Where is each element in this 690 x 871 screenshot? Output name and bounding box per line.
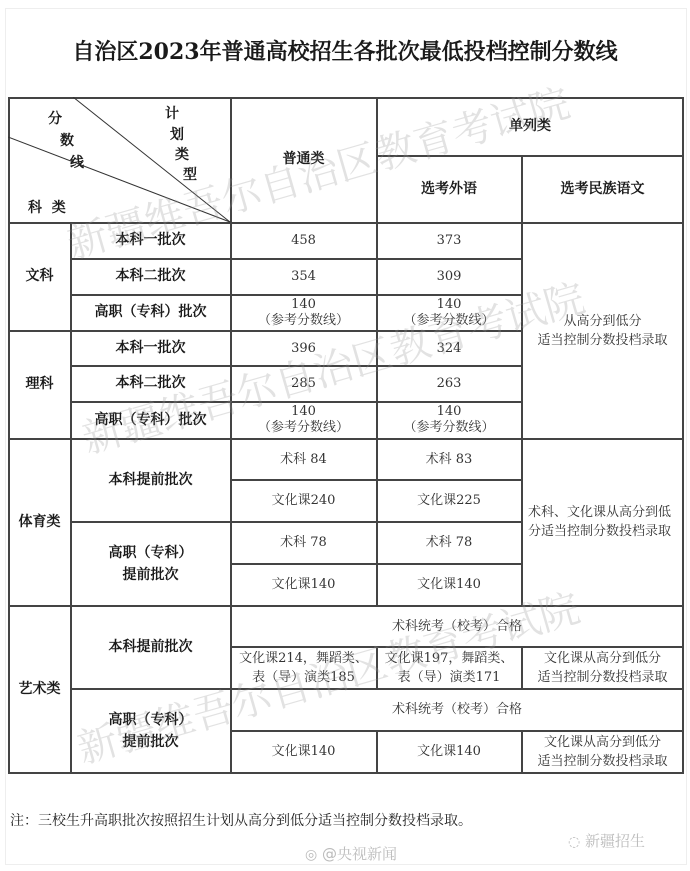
wechat-credit: ◌ 新疆招生 — [568, 830, 645, 851]
score-cell: 文化课140 — [377, 731, 521, 772]
batch-text: 本科二批次 — [116, 267, 186, 286]
score-cell: 文化课225 — [377, 480, 521, 521]
skill-pass-cell: 术科统考（校考）合格 — [231, 689, 683, 730]
score-cell: 文化课197，舞蹈类、 表（导）演类171 — [377, 647, 521, 688]
score-cell: 文化课140 — [377, 564, 521, 605]
note-line: 适当控制分数投档录取 — [537, 668, 667, 687]
score-value: 文化课140 — [272, 742, 336, 761]
note-line: 文化课从高分到低分 — [544, 733, 661, 752]
section-sports: 体育类 — [9, 439, 70, 605]
section-label: 体育类 — [19, 513, 61, 532]
weibo-handle: @央视新闻 — [322, 845, 397, 863]
score-value: 263 — [437, 374, 462, 393]
batch-text: 高职（专科） — [109, 542, 193, 564]
note-line: 从高分到低分 — [563, 312, 641, 331]
score-value: 285 — [291, 374, 316, 393]
score-cell: 458 — [231, 223, 376, 258]
skill-pass-text: 术科统考（校考）合格 — [392, 700, 522, 719]
skill-pass-cell: 术科统考（校考）合格 — [231, 606, 683, 646]
score-value: 140 — [437, 404, 462, 420]
weibo-credit: ◎ @央视新闻 — [305, 843, 397, 864]
batch-text: 本科二批次 — [116, 374, 186, 393]
corner-label-plan: 计 — [165, 103, 179, 123]
score-value: 140 — [437, 297, 462, 313]
score-value: 324 — [437, 339, 462, 358]
batch-label: 本科二批次 — [71, 366, 230, 401]
score-cell: 324 — [377, 331, 521, 365]
section-arts: 艺术类 — [9, 606, 70, 772]
col-header-foreign: 选考外语 — [377, 156, 521, 222]
score-value: 文化课140 — [272, 575, 336, 594]
batch-text: 本科一批次 — [116, 339, 186, 358]
wechat-icon: ◌ — [568, 834, 580, 850]
batch-label: 高职（专科） 提前批次 — [71, 689, 230, 772]
section-label: 艺术类 — [19, 680, 61, 699]
score-value: 术科 84 — [280, 450, 327, 469]
score-value: 140 — [291, 404, 316, 420]
section-like: 理科 — [9, 331, 70, 438]
score-line: 表（导）演类185 — [252, 668, 355, 687]
table-border-bottom — [8, 772, 684, 774]
ethnic-admission-note: 文化课从高分到低分 适当控制分数投档录取 — [522, 647, 683, 688]
col-header-ethnic: 选考民族语文 — [522, 156, 683, 222]
score-value: 373 — [437, 231, 462, 250]
score-value: 文化课225 — [417, 491, 481, 510]
col-header-single-label: 单列类 — [509, 117, 551, 136]
score-cell: 285 — [231, 366, 376, 401]
weibo-icon: ◎ — [305, 847, 317, 863]
batch-label: 本科提前批次 — [71, 439, 230, 521]
batch-text: 高职（专科） — [109, 709, 193, 731]
score-value: 文化课140 — [417, 575, 481, 594]
batch-label: 本科提前批次 — [71, 606, 230, 688]
score-value: 396 — [291, 339, 316, 358]
corner-label-score: 数 — [60, 130, 74, 150]
section-label: 文科 — [26, 267, 54, 286]
score-value: 术科 83 — [426, 450, 473, 469]
wechat-account: 新疆招生 — [585, 832, 645, 850]
batch-text: 本科提前批次 — [109, 638, 193, 657]
col-header-foreign-label: 选考外语 — [421, 180, 477, 199]
corner-label-score: 分 — [48, 108, 62, 128]
score-value: 309 — [437, 267, 462, 286]
note-line: 适当控制分数投档录取 — [537, 752, 667, 771]
score-cell: 文化课140 — [231, 731, 376, 772]
corner-label-plan: 型 — [183, 164, 197, 184]
score-cell: 术科 78 — [231, 522, 376, 563]
corner-label-subject: 科 类 — [28, 197, 66, 217]
corner-label-score: 线 — [70, 152, 84, 172]
score-cell: 373 — [377, 223, 521, 258]
score-cell: 396 — [231, 331, 376, 365]
score-note: （参考分数线） — [403, 420, 494, 436]
score-cell: 文化课140 — [231, 564, 376, 605]
batch-label: 本科一批次 — [71, 331, 230, 365]
ethnic-admission-note: 术科、文化课从高分到低 分适当控制分数投档录取 — [522, 439, 683, 605]
score-value: 术科 78 — [280, 533, 327, 552]
score-cell: 140 （参考分数线） — [377, 402, 521, 438]
col-header-single: 单列类 — [377, 97, 683, 155]
batch-label: 高职（专科） 提前批次 — [71, 522, 230, 605]
batch-text: 提前批次 — [123, 564, 179, 586]
score-cell: 140 （参考分数线） — [377, 295, 521, 330]
batch-label: 高职（专科）批次 — [71, 402, 230, 438]
score-cell: 文化课214，舞蹈类、 表（导）演类185 — [231, 647, 376, 688]
score-cell: 术科 78 — [377, 522, 521, 563]
batch-label: 高职（专科）批次 — [71, 295, 230, 330]
score-value: 458 — [291, 231, 316, 250]
score-note: （参考分数线） — [258, 313, 349, 329]
score-value: 术科 78 — [426, 533, 473, 552]
page-title: 自治区2023年普通高校招生各批次最低投档控制分数线 — [0, 35, 690, 66]
score-cell: 文化课240 — [231, 480, 376, 521]
score-cell: 术科 83 — [377, 439, 521, 479]
note-line: 术科、文化课从高分到低 — [528, 503, 671, 522]
batch-label: 本科二批次 — [71, 259, 230, 294]
score-cell: 354 — [231, 259, 376, 294]
score-cell: 140 （参考分数线） — [231, 295, 376, 330]
corner-label-plan: 类 — [175, 144, 189, 164]
score-line: 文化课214，舞蹈类、 — [239, 649, 368, 668]
note-line: 分适当控制分数投档录取 — [528, 522, 671, 541]
batch-text: 本科一批次 — [116, 231, 186, 250]
score-note: （参考分数线） — [258, 420, 349, 436]
score-cell: 309 — [377, 259, 521, 294]
batch-text: 高职（专科）批次 — [95, 411, 207, 430]
score-line: 文化课197，舞蹈类、 — [385, 649, 514, 668]
section-wenke: 文科 — [9, 223, 70, 330]
col-header-regular-label: 普通类 — [283, 150, 325, 169]
batch-text: 本科提前批次 — [109, 471, 193, 490]
score-value: 354 — [291, 267, 316, 286]
corner-label-plan: 划 — [170, 124, 184, 144]
col-header-ethnic-label: 选考民族语文 — [561, 180, 645, 199]
footnote: 注：三校生升高职批次按照招生计划从高分到低分适当控制分数投档录取。 — [10, 810, 472, 830]
score-note: （参考分数线） — [403, 313, 494, 329]
score-cell: 140 （参考分数线） — [231, 402, 376, 438]
score-cell: 263 — [377, 366, 521, 401]
skill-pass-text: 术科统考（校考）合格 — [392, 617, 522, 636]
note-line: 文化课从高分到低分 — [544, 649, 661, 668]
batch-text: 高职（专科）批次 — [95, 303, 207, 322]
score-value: 文化课140 — [417, 742, 481, 761]
score-value: 140 — [291, 297, 316, 313]
note-line: 适当控制分数投档录取 — [537, 331, 667, 350]
ethnic-admission-note: 从高分到低分 适当控制分数投档录取 — [522, 223, 683, 438]
section-label: 理科 — [26, 375, 54, 394]
batch-label: 本科一批次 — [71, 223, 230, 258]
score-value: 文化课240 — [272, 491, 336, 510]
score-line: 表（导）演类171 — [398, 668, 501, 687]
score-cell: 术科 84 — [231, 439, 376, 479]
ethnic-admission-note: 文化课从高分到低分 适当控制分数投档录取 — [522, 731, 683, 772]
col-header-regular: 普通类 — [231, 97, 376, 222]
batch-text: 提前批次 — [123, 731, 179, 753]
